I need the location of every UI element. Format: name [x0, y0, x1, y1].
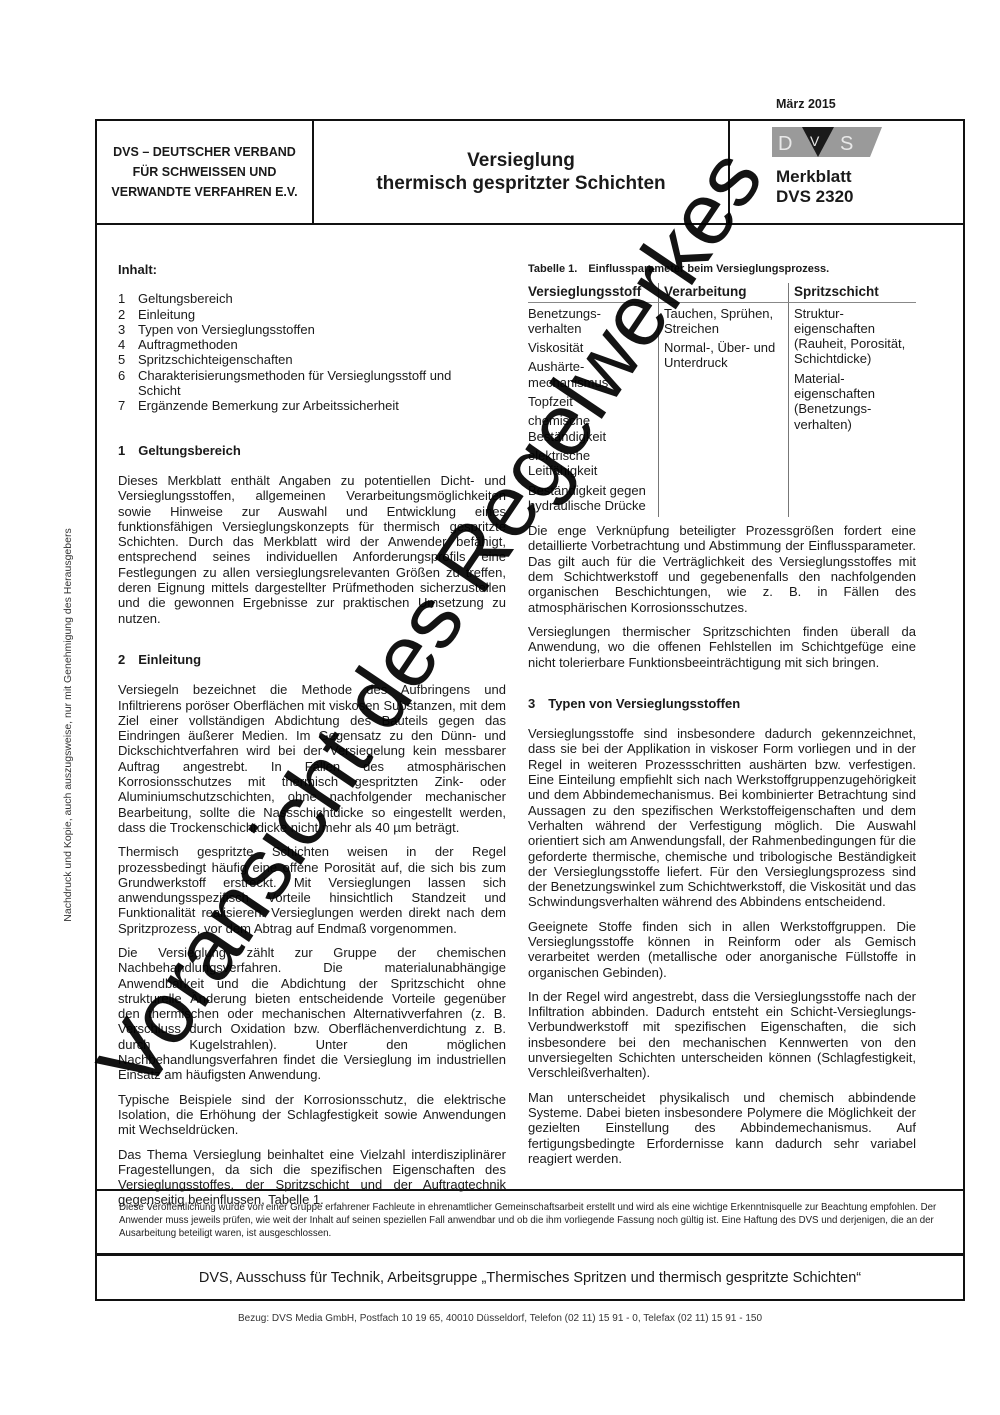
dvs-logo-icon: D V S: [772, 127, 882, 157]
toc-item[interactable]: 2Einleitung: [118, 307, 506, 322]
table-cell: Tauchen, Sprühen, Streichen Normal-, Übe…: [659, 302, 789, 517]
paragraph: Man unterscheidet physikalisch und chemi…: [528, 1090, 916, 1166]
cell-item: Material-eigenschaften (Benetzungs-verha…: [794, 371, 912, 432]
toc-item[interactable]: 4Auftragmethoden: [118, 337, 506, 352]
svg-text:S: S: [840, 133, 853, 155]
paragraph: Die Versieglung zählt zur Gruppe der che…: [118, 945, 506, 1083]
table-of-contents: 1Geltungsbereich 2Einleitung 3Typen von …: [118, 291, 506, 413]
toc-item[interactable]: 5Spritzschichteigenschaften: [118, 352, 506, 367]
column-header: Verarbeitung: [659, 283, 789, 302]
committee-line: DVS, Ausschuss für Technik, Arbeitsgrupp…: [97, 1253, 963, 1299]
cell-item: Topfzeit: [528, 394, 654, 409]
paragraph: Das Thema Versieglung beinhaltet eine Vi…: [118, 1147, 506, 1208]
column-header: Spritzschicht: [789, 283, 917, 302]
org-line-3: VERWANDTE VERFAHREN E.V.: [111, 182, 297, 202]
paragraph: Die enge Verknüpfung beteiligter Prozess…: [528, 523, 916, 615]
paragraph: Versiegeln bezeichnet die Methode des Au…: [118, 682, 506, 835]
doc-id-block: D V S Merkblatt DVS 2320: [730, 121, 963, 223]
cell-item: chemische Beständigkeit: [528, 413, 654, 444]
copyright-side-note: Nachdruck und Kopie, auch auszugsweise, …: [62, 528, 74, 921]
paragraph: Dieses Merkblatt enthält Angaben zu pote…: [118, 473, 506, 626]
paragraph: In der Regel wird angestrebt, dass die V…: [528, 989, 916, 1081]
paragraph: Versieglungen thermischer Spritzschichte…: [528, 624, 916, 670]
paragraph: Versieglungsstoffe sind insbesondere dad…: [528, 726, 916, 910]
column-header: Versieglungsstoff: [528, 283, 659, 302]
title-line-1: Versieglung: [467, 149, 575, 172]
influence-parameters-table: Versieglungsstoff Verarbeitung Spritzsch…: [528, 283, 916, 517]
svg-text:D: D: [778, 133, 792, 155]
toc-item[interactable]: 6Charakterisierungsmethoden für Versiegl…: [118, 368, 506, 399]
left-column: Inhalt: 1Geltungsbereich 2Einleitung 3Ty…: [118, 262, 506, 1217]
organization-name: DVS – DEUTSCHER VERBAND FÜR SCHWEISSEN U…: [97, 121, 314, 223]
doc-type: Merkblatt: [776, 167, 854, 187]
cell-item: Normal-, Über- und Unterdruck: [664, 340, 784, 371]
cell-item: Benetzungs-verhalten: [528, 306, 654, 337]
toc-heading: Inhalt:: [118, 262, 506, 277]
org-line-2: FÜR SCHWEISSEN UND: [111, 162, 297, 182]
cell-item: Struktur-eigenschaften (Rauheit, Porosit…: [794, 306, 912, 367]
title-line-2: thermisch gespritzter Schichten: [376, 172, 665, 195]
doc-number: Merkblatt DVS 2320: [776, 167, 854, 207]
cell-item: elektrische Leitfähigkeit: [528, 448, 654, 479]
cell-item: Beständigkeit gegen hydraulische Drücke: [528, 483, 654, 514]
toc-item[interactable]: 1Geltungsbereich: [118, 291, 506, 306]
document-title: Versieglung thermisch gespritzter Schich…: [314, 121, 730, 223]
org-line-1: DVS – DEUTSCHER VERBAND: [111, 142, 297, 162]
document-header: DVS – DEUTSCHER VERBAND FÜR SCHWEISSEN U…: [97, 121, 963, 225]
doc-number-value: DVS 2320: [776, 187, 854, 207]
cell-item: Aushärte-mechanismus: [528, 359, 654, 390]
svg-text:V: V: [810, 133, 820, 149]
toc-item[interactable]: 3Typen von Versieglungsstoffen: [118, 322, 506, 337]
table-caption: Tabelle 1. Einflussparameter beim Versie…: [528, 262, 916, 277]
section-1-heading: 1 Geltungsbereich: [118, 443, 506, 458]
section-2-heading: 2 Einleitung: [118, 652, 506, 667]
toc-item[interactable]: 7Ergänzende Bemerkung zur Arbeitssicherh…: [118, 398, 506, 413]
section-3-heading: 3 Typen von Versieglungsstoffen: [528, 696, 916, 711]
paragraph: Geeignete Stoffe finden sich in allen We…: [528, 919, 916, 980]
paragraph: Thermisch gespritzte Schichten weisen in…: [118, 844, 506, 936]
paragraph: Typische Beispiele sind der Korrosionssc…: [118, 1092, 506, 1138]
right-column: Tabelle 1. Einflussparameter beim Versie…: [528, 262, 916, 1175]
cell-item: Viskosität: [528, 340, 654, 355]
table-cell: Benetzungs-verhalten Viskosität Aushärte…: [528, 302, 659, 517]
publication-date: März 2015: [776, 97, 836, 111]
ordering-info: Bezug: DVS Media GmbH, Postfach 10 19 65…: [0, 1313, 1000, 1324]
table-cell: Struktur-eigenschaften (Rauheit, Porosit…: [789, 302, 917, 517]
cell-item: Tauchen, Sprühen, Streichen: [664, 306, 784, 337]
